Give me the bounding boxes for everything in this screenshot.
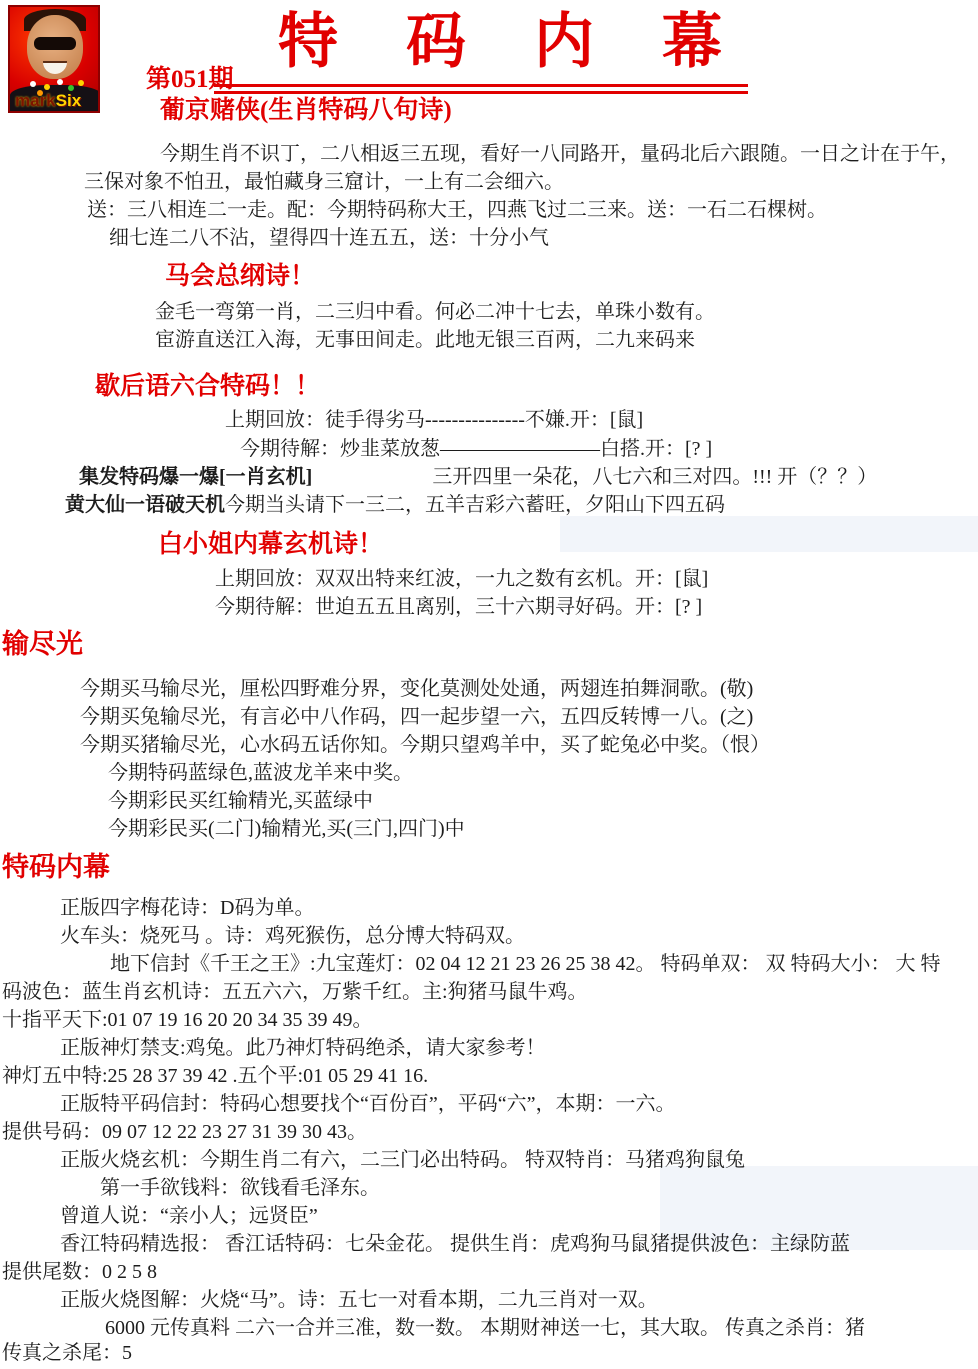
tip-line: 曾道人说：“亲小人；远贤臣” [60,1203,318,1229]
jifa-lead: 集发特码爆一爆[一肖玄机] [79,466,312,488]
replay-line: 上期回放：双双出特来红波，一九之数有玄机。开：[鼠] [215,566,708,592]
huangdaxian-line: 黄大仙一语破天机今期当头请下一三二，五羊吉彩六蓄旺，夕阳山下四五码 [65,492,725,518]
pending-line: 今期待解：炒韭菜放葱————————白搭.开：[? ] [240,436,712,462]
poem-line: 细七连二八不沾，望得四十连五五，送：十分小气 [109,225,549,251]
tip-line: 今期买兔输尽光，有言必中八作码，四一起步望一六，五四反转博一八。(之) [80,704,753,730]
wordmark-six: Six [56,91,82,110]
tip-line: 正版四字梅花诗：D码为单。 [60,895,314,921]
tip-line: 今期买猪输尽光，心水码五话你知。今期只望鸡羊中，买了蛇兔必中奖。（恨） [80,732,770,758]
pending-line: 今期待解：世迫五五且离别，三十六期寻好码。开：[? ] [215,594,702,620]
section-heading-temaneimu: 特码内幕 [2,845,110,884]
tip-line: 正版特平码信封：特码心想要找个“百份百”，平码“六”，本期：一六。 [60,1091,676,1117]
tip-line: 十指平天下:01 07 19 16 20 20 34 35 39 49。 [2,1007,373,1033]
tip-line: 今期买马输尽光，厘松四野难分界，变化莫测处处通，两翅连拍舞洞歌。(敬) [80,676,753,702]
tip-line: 今期彩民买(二门)输精光,买(三门,四门)中 [108,816,465,842]
section-heading-pujing: 葡京赌侠(生肖特码八句诗) [160,90,452,126]
tip-line: 地下信封《千王之王》:九宝莲灯：02 04 12 21 23 26 25 38 … [110,951,941,977]
lottery-balls-icon [30,81,36,87]
tip-sheet-page: markSix 特码内幕 第051期 葡京赌侠(生肖特码八句诗) 今期生肖不识丁… [0,0,978,1369]
jifa-rest: 三开四里一朵花，八七六和三对四。!!! 开（？？） [432,466,877,488]
wordmark-mark: mark [15,91,56,110]
jifa-line: 集发特码爆一爆[一肖玄机]三开四里一朵花，八七六和三对四。!!! 开（？？） [79,464,877,490]
tip-line: 提供尾数：0 2 5 8 [2,1259,157,1285]
sunglasses-icon [34,37,76,50]
tip-line: 码波色：蓝生肖玄机诗：五五六六，万紫千红。主:狗猪马鼠牛鸡。 [2,979,588,1005]
section-heading-shujinguang: 输尽光 [2,622,83,661]
section-heading-mahui: 马会总纲诗！ [165,256,315,292]
tip-line: 提供号码：09 07 12 22 23 27 31 39 30 43。 [2,1119,367,1145]
poem-line: 今期生肖不识丁，二八相返三五现，看好一八同路开，量码北后六跟随。一日之计在于午， [160,141,960,167]
page-title: 特码内幕 [278,2,790,82]
tip-line: 神灯五中特:25 28 37 39 42 .五个平:01 05 29 41 16… [2,1063,428,1089]
poem-line: 金毛一弯第一肖，二三归中看。何必二冲十七去，单珠小数有。 [155,299,715,325]
marksix-wordmark: markSix [15,92,81,110]
marksix-logo: markSix [8,5,100,113]
poem-line: 三保对象不怕丑，最怕藏身三窟计，一上有二会细六。 [84,169,564,195]
tip-line: 香江特码精选报： 香江话特码：七朵金花。 提供生肖：虎鸡狗马鼠猪提供波色：主绿防… [60,1231,850,1257]
poem-line: 送：三八相连二一走。配：今期特码称大王，四燕飞过二三来。送：一石二石棵树。 [87,197,827,223]
poem-line: 宦游直送江入海，无事田间走。此地无银三百两，二九来码来 [155,327,695,353]
tip-line: 第一手欲钱料：欲钱看毛泽东。 [100,1175,380,1201]
replay-line: 上期回放：徒手得劣马---------------不嫌.开：[鼠] [225,407,643,433]
tip-line: 传真之杀尾：5 [2,1340,132,1366]
section-heading-baixiaojie: 白小姐内幕玄机诗！ [158,524,383,560]
tip-line: 正版火烧图解：火烧“马”。诗：五七一对看本期，二九三肖对一双。 [60,1287,658,1313]
tip-line: 火车头：烧死马 。诗：鸡死猴伤，总分博大特码双。 [60,923,525,949]
huangdaxian-rest: 今期当头请下一三二，五羊吉彩六蓄旺，夕阳山下四五码 [225,494,725,516]
huangdaxian-lead: 黄大仙一语破天机 [65,494,225,516]
tip-line: 6000 元传真料 二六一合并三准，数一数。 本期财神送一七，其大取。 传真之杀… [105,1315,865,1341]
section-heading-xiehouyu: 歇后语六合特码！！ [95,366,320,402]
tip-line: 今期特码蓝绿色,蓝波龙羊来中奖。 [108,760,413,786]
tip-line: 正版神灯禁支:鸡兔。此乃神灯特码绝杀，请大家参考！ [60,1035,546,1061]
tip-line: 今期彩民买红输精光,买蓝绿中 [108,788,373,814]
tip-line: 正版火烧玄机：今期生肖二有六，二三门必出特码。 特双特肖：马猪鸡狗鼠兔 [60,1147,745,1173]
scan-artifact-band [560,516,978,552]
